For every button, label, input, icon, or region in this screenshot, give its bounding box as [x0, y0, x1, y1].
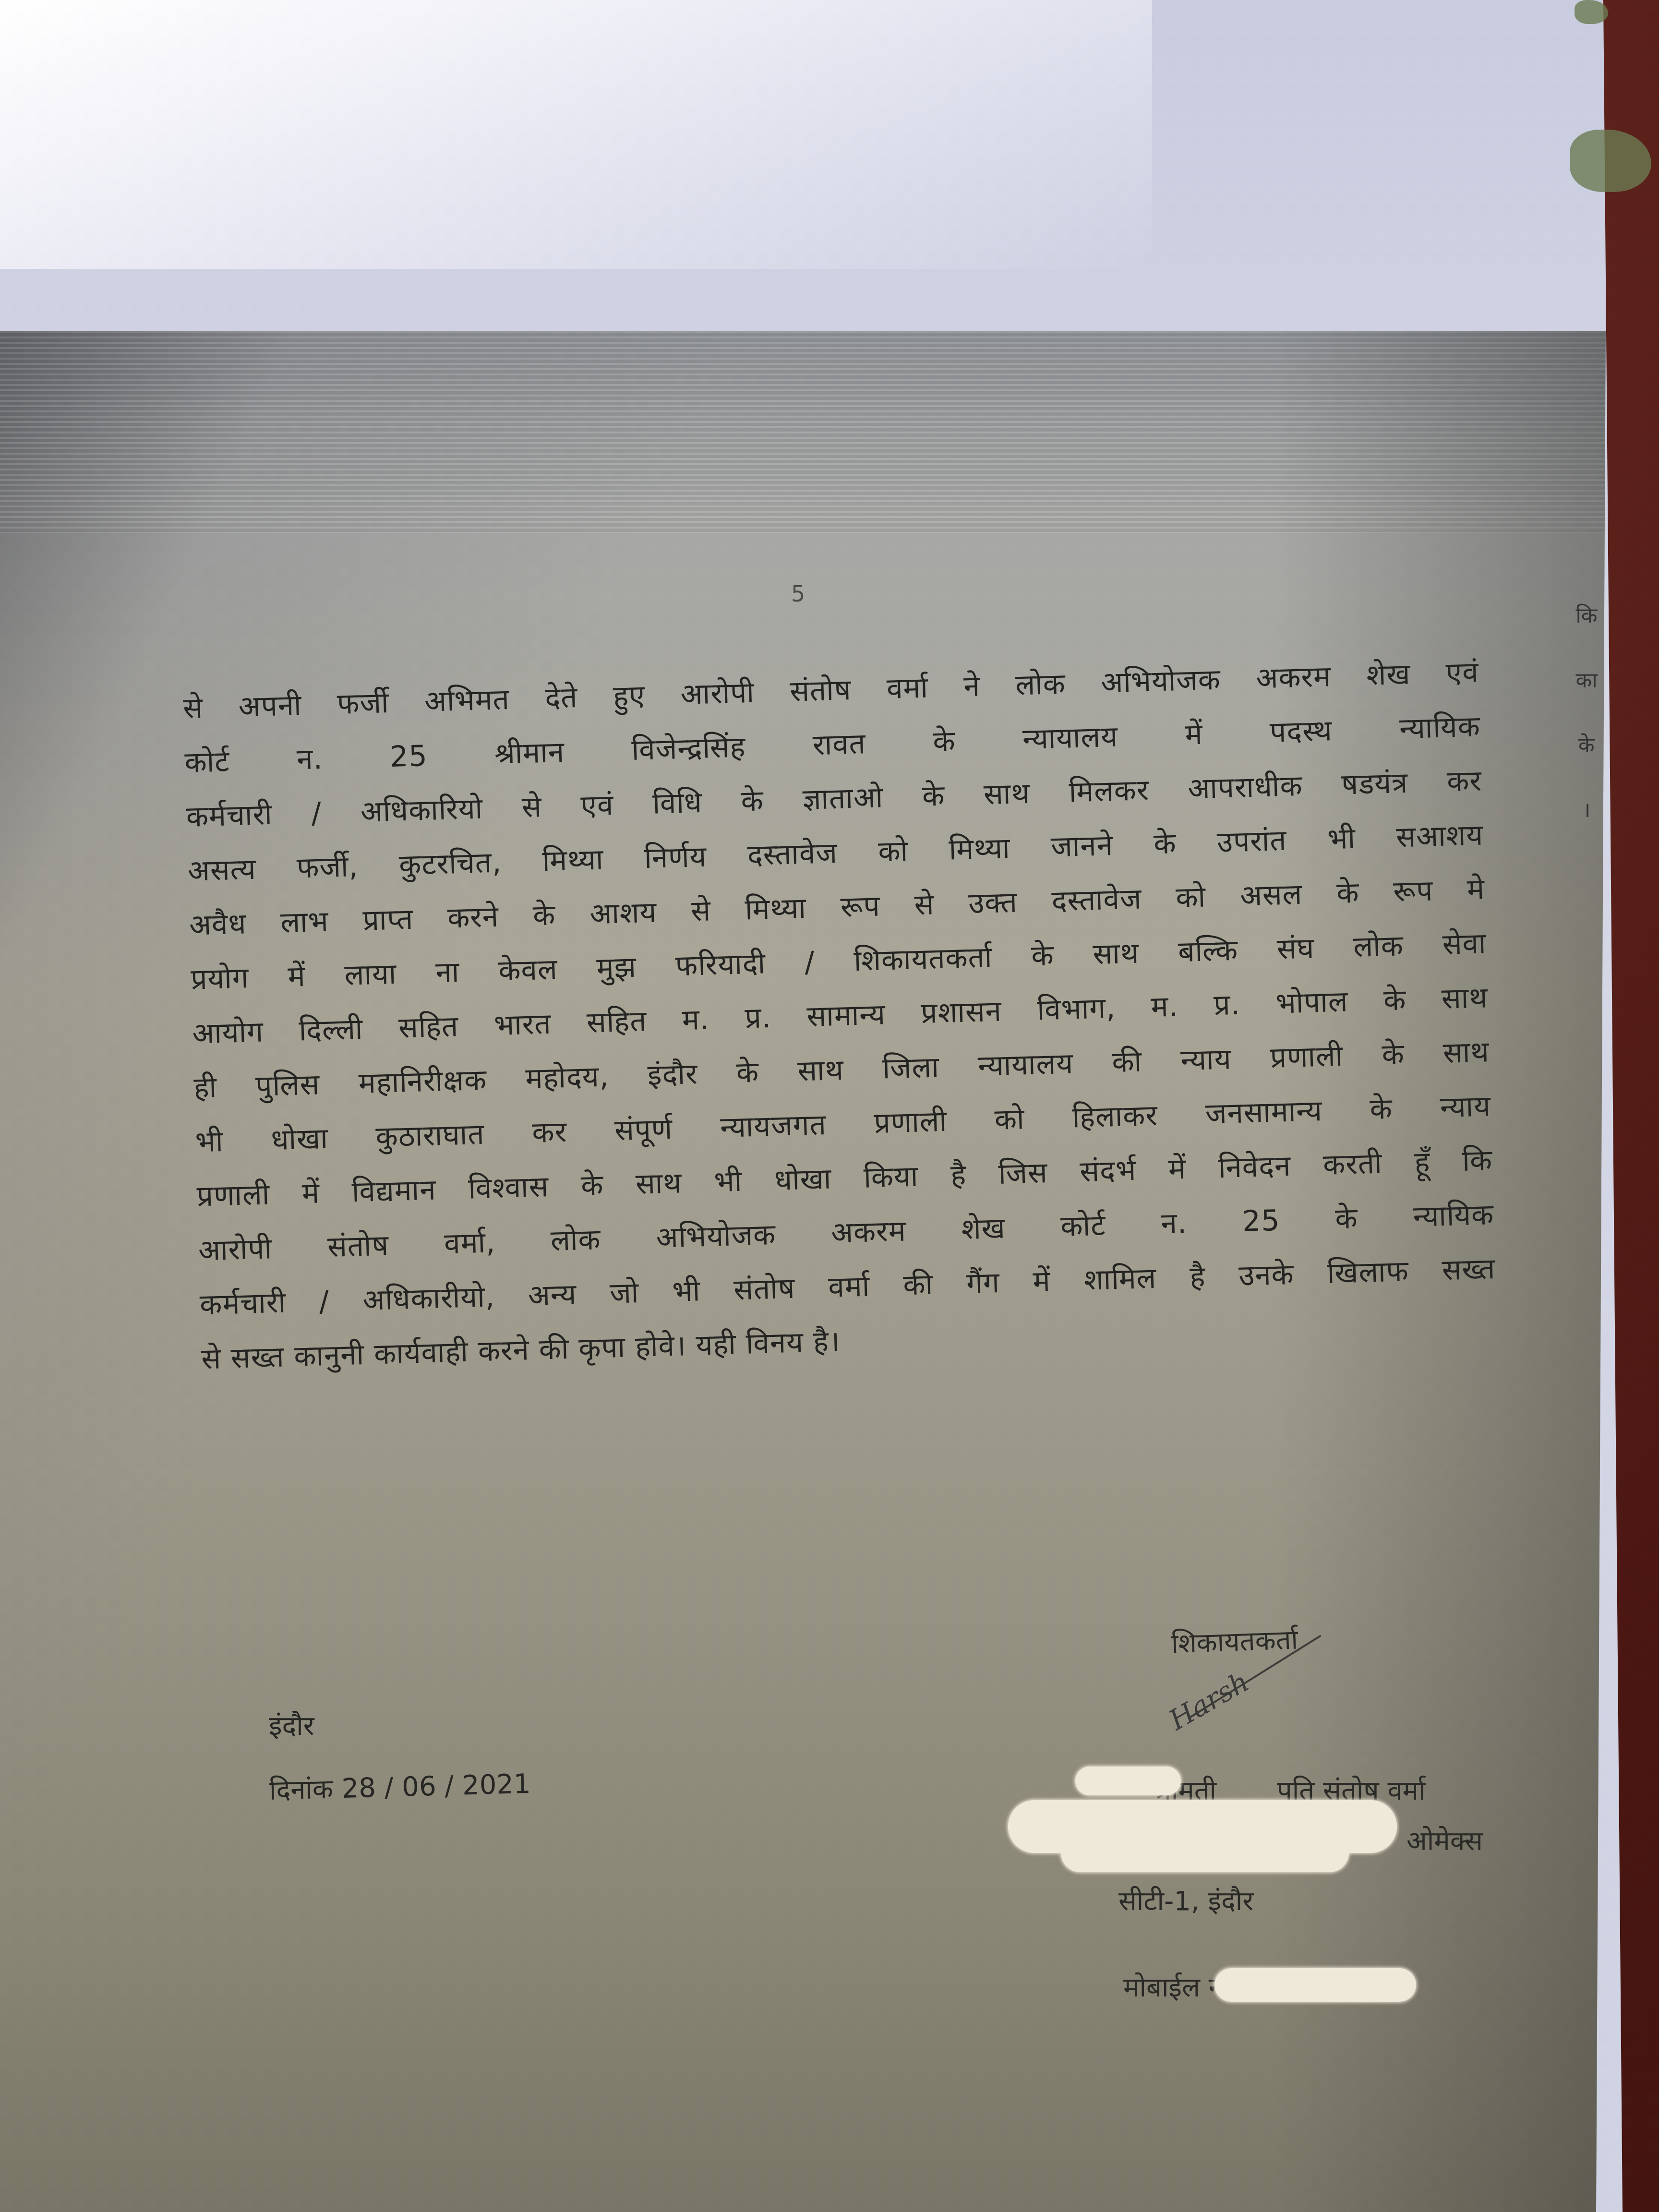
city-line: सीटी-1, इंदौर — [1118, 1882, 1253, 1918]
date-label: दिनांक — [269, 1774, 333, 1806]
margin-fragment: । — [1583, 794, 1591, 823]
redaction-mark — [1214, 1968, 1416, 2002]
place: इंदौर — [269, 1707, 314, 1743]
margin-fragment: कि — [1575, 600, 1597, 629]
margin-fragment: के — [1578, 730, 1595, 758]
page-number: 5 — [791, 581, 805, 607]
background-texture-speck — [1570, 130, 1651, 192]
redaction-mark — [1061, 1834, 1349, 1872]
date-line: दिनांक 28 / 06 / 2021 — [269, 1765, 531, 1808]
complaint-body: से अपनी फर्जी अभिमत देते हुए आरोपी संतोष… — [182, 646, 1498, 1387]
date-value: 28 / 06 / 2021 — [341, 1768, 531, 1804]
redaction-mark — [1075, 1767, 1181, 1795]
margin-fragment: का — [1575, 665, 1597, 694]
complainant-title: शिकायतकर्ता — [1171, 1620, 1298, 1661]
right-margin-fragments: कि का के । — [1575, 600, 1599, 823]
background-texture-speck — [1575, 0, 1608, 24]
address-fragment: ओमेक्स — [1407, 1822, 1483, 1858]
